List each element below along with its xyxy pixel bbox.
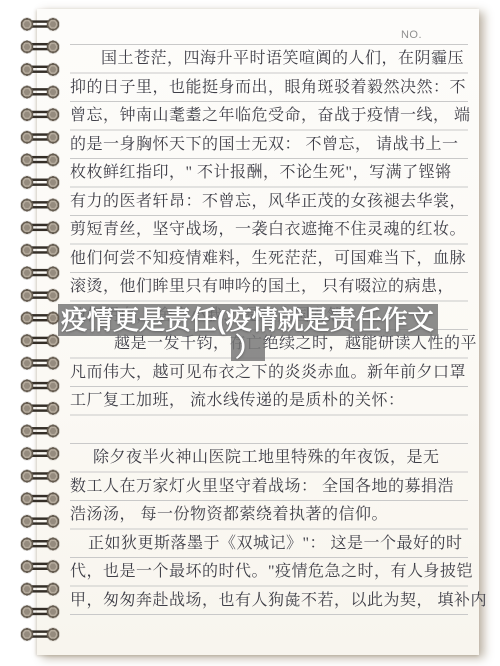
page-number-label: NO. [37, 29, 422, 45]
article-title-line2: ） [231, 336, 265, 361]
text-line: 国土苍茫，四海升平时语笑喧阗的人们，在阴霾压 [70, 44, 468, 73]
text-line: 正如狄更斯落墨于《双城记》"： 这是一个最好的时 [70, 529, 468, 558]
text-line: 滚烫，他们眸里只有呻吟的国土， 只有啜泣的病患， [70, 272, 468, 301]
text-line: 剪短青丝，坚守战场，一袭白衣遮掩不住灵魂的红妆。 [70, 215, 468, 244]
text-line: 枚枚鲜红指印，" 不计报酬，不论生死"，写满了铿锵 [70, 158, 468, 187]
text-line: 代，也是一个最坏的时代。"疫情危急之时，有人身披铠 [70, 557, 468, 586]
text-line [70, 415, 468, 444]
notebook-page: NO. 国土苍茫，四海升平时语笑喧阗的人们，在阴霾压 抑的日子里，也能挺身而出，… [37, 9, 479, 655]
text-line: 除夕夜半火神山医院工地里特殊的年夜饭，是无 [70, 443, 468, 472]
text-line: 有力的医者轩昂：不曾忘，风华正茂的女孩褪去华裳， [70, 187, 468, 216]
article-title-banner: 疫情更是责任(疫情就是责任作文 ） [58, 304, 438, 361]
text-line: 浩汤汤， 每一份物资都萦绕着执著的信仰。 [70, 500, 468, 529]
text-line: 数工人在万家灯火里坚守着战场： 全国各地的募捐浩 [70, 472, 468, 501]
notebook-photo: NO. 国土苍茫，四海升平时语笑喧阗的人们，在阴霾压 抑的日子里，也能挺身而出，… [0, 0, 500, 666]
text-line: 的是一身胸怀天下的国士无双： 不曾忘， 请战书上一 [70, 130, 468, 159]
text-line: 工厂复工加班， 流水线传递的是质朴的关怀： [70, 386, 468, 415]
text-line: 抑的日子里，也能挺身而出，眼角斑驳着毅然决然：不 [70, 73, 468, 102]
text-line: 曾忘，钟南山耄耋之年临危受命，奋战于疫情一线， 端 [70, 101, 468, 130]
text-line: 凡而伟大，越可见布衣之下的炎炎赤血。新年前夕口罩 [70, 358, 468, 387]
text-line: 甲，匆匆奔赴战场，也有人狗彘不若，以此为契， 填补内 [70, 586, 468, 615]
text-line: 他们何尝不知疫情难料，生死茫茫，可国难当下，血脉 [70, 244, 468, 273]
spiral-binding-icon [16, 13, 64, 646]
